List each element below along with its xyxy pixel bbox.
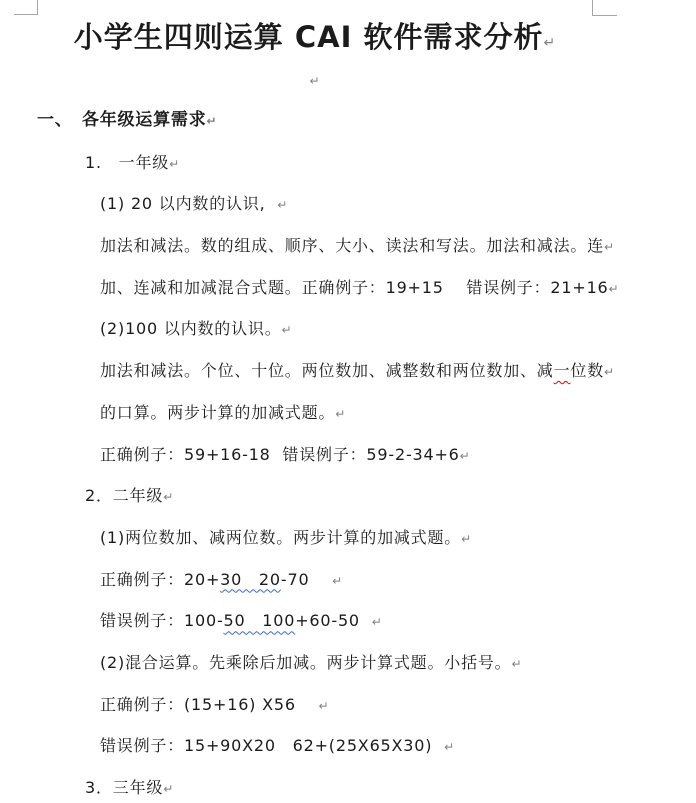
margin-crop-mark-top-left xyxy=(14,0,38,15)
paragraph-line[interactable]: 错误例子：100-50 100+60-50 ↵ xyxy=(37,600,592,642)
paragraph-line[interactable]: 加法和减法。数的组成、顺序、大小、读法和写法。加法和减法。连↵ xyxy=(37,225,592,267)
paragraph-mark-icon: ↵ xyxy=(163,490,173,504)
paragraph-line[interactable]: 加、连减和加减混合式题。正确例子：19+15 错误例子：21+16↵ xyxy=(37,267,592,309)
paragraph-line[interactable]: 正确例子：59+16-18 错误例子：59-2-34+6↵ xyxy=(37,434,592,476)
section-heading-line[interactable]: 一、 各年级运算需求↵ xyxy=(37,100,592,142)
document-body: 一、 各年级运算需求↵1. 一年级↵(1) 20 以内数的认识, ↵加法和减法。… xyxy=(37,100,592,803)
paragraph-line[interactable]: 加法和减法。个位、十位。两位数加、减整数和两位数加、减一位数↵ xyxy=(37,350,592,392)
paragraph-line[interactable]: (2)100 以内数的认识。↵ xyxy=(37,308,592,350)
text-segment: 正确例子：59+16-18 错误例子：59-2-34+6 xyxy=(100,445,460,464)
paragraph-line[interactable]: 正确例子：(15+16) X56 ↵ xyxy=(37,684,592,726)
text-segment: 位数 xyxy=(570,361,604,380)
paragraph-mark-icon: ↵ xyxy=(282,323,292,337)
list-item-grade1-line[interactable]: 1. 一年级↵ xyxy=(37,142,592,184)
text-segment: 错误例子：100- xyxy=(100,611,224,630)
text-segment: (1) 20 以内数的认识, xyxy=(100,194,277,213)
paragraph-mark-icon: ↵ xyxy=(604,365,614,379)
text-segment: +60-50 xyxy=(295,611,371,630)
text-segment: -70 xyxy=(281,570,332,589)
margin-crop-mark-top-right xyxy=(592,0,617,16)
paragraph-mark-icon: ↵ xyxy=(309,74,319,88)
paragraph-mark-icon: ↵ xyxy=(460,449,470,463)
text-segment: 一、 各年级运算需求 xyxy=(37,110,207,130)
text-segment: 1. 一年级 xyxy=(85,153,169,172)
text-segment: 的口算。两步计算的加减式题。 xyxy=(100,403,335,422)
text-segment: 加法和减法。数的组成、顺序、大小、读法和写法。加法和减法。连 xyxy=(100,236,604,255)
paragraph-line[interactable]: (1) 20 以内数的认识, ↵ xyxy=(37,183,592,225)
paragraph-line[interactable]: (1)两位数加、减两位数。两步计算的加减式题。↵ xyxy=(37,517,592,559)
text-segment: 3．三年级 xyxy=(85,778,163,797)
paragraph-mark-icon: ↵ xyxy=(319,699,329,713)
paragraph-mark-icon: ↵ xyxy=(461,532,471,546)
text-segment: 错误例子：15+90X20 62+(25X65X30) xyxy=(100,736,444,755)
paragraph-line[interactable]: 正确例子：20+30 20-70 ↵ xyxy=(37,559,592,601)
paragraph-mark-icon: ↵ xyxy=(609,282,619,296)
paragraph-mark-icon: ↵ xyxy=(163,782,173,796)
text-segment: (2)混合运算。先乘除后加减。两步计算式题。小括号。 xyxy=(100,653,511,672)
document-title-line[interactable]: 小学生四则运算 CAI 软件需求分析↵ xyxy=(37,14,592,60)
grammar-error-text: 50 100 xyxy=(224,611,296,630)
text-segment: (2)100 以内数的认识。 xyxy=(100,319,282,338)
paragraph-line[interactable]: (2)混合运算。先乘除后加减。两步计算式题。小括号。↵ xyxy=(37,642,592,684)
list-item-grade2-line[interactable]: 2．二年级↵ xyxy=(37,475,592,517)
text-segment: 2．二年级 xyxy=(85,486,163,505)
text-segment: (1)两位数加、减两位数。两步计算的加减式题。 xyxy=(100,528,461,547)
grammar-error-text: 30 20 xyxy=(220,570,281,589)
paragraph-line[interactable]: 的口算。两步计算的加减式题。↵ xyxy=(37,392,592,434)
list-item-grade3-line[interactable]: 3．三年级↵ xyxy=(37,767,592,803)
paragraph-mark-icon: ↵ xyxy=(444,740,454,754)
text-segment: 正确例子：(15+16) X56 xyxy=(100,695,319,714)
empty-paragraph-line[interactable]: ↵ xyxy=(37,60,592,100)
paragraph-mark-icon: ↵ xyxy=(511,657,521,671)
paragraph-mark-icon: ↵ xyxy=(372,615,382,629)
paragraph-mark-icon: ↵ xyxy=(332,574,342,588)
text-segment: 正确例子：20+ xyxy=(100,570,220,589)
document-title: 小学生四则运算 CAI 软件需求分析 xyxy=(74,20,544,54)
paragraph-mark-icon: ↵ xyxy=(277,198,287,212)
paragraph-line[interactable]: 错误例子：15+90X20 62+(25X65X30) ↵ xyxy=(37,725,592,767)
paragraph-mark-icon: ↵ xyxy=(207,114,217,128)
document-page[interactable]: 小学生四则运算 CAI 软件需求分析↵ ↵ 一、 各年级运算需求↵1. 一年级↵… xyxy=(37,14,592,803)
text-segment: 加、连减和加减混合式题。正确例子：19+15 错误例子：21+16 xyxy=(100,278,609,297)
paragraph-mark-icon: ↵ xyxy=(604,240,614,254)
text-segment: 加法和减法。个位、十位。两位数加、减整数和两位数加、减 xyxy=(100,361,554,380)
spelling-error-text: 一 xyxy=(554,361,571,380)
paragraph-mark-icon: ↵ xyxy=(335,407,345,421)
paragraph-mark-icon: ↵ xyxy=(169,157,179,171)
paragraph-mark-icon: ↵ xyxy=(543,35,555,51)
